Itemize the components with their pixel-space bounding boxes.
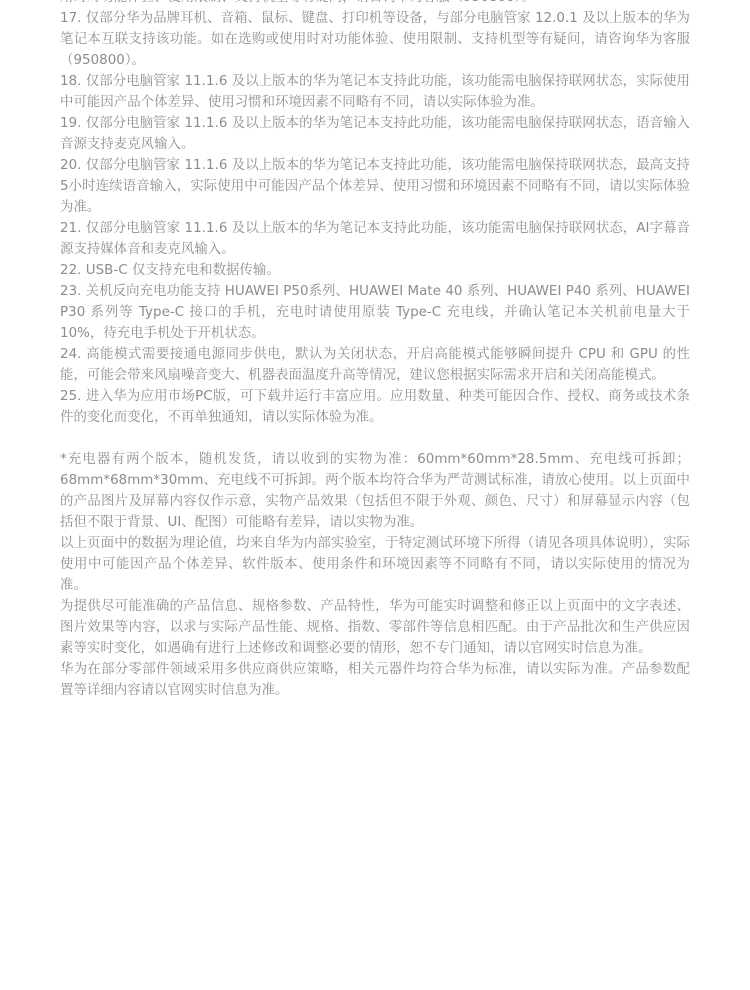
footnote-24: 24. 高能模式需要接通电源同步供电，默认为关闭状态，开启高能模式能够瞬间提升 …	[60, 344, 690, 386]
footnote-23: 23. 关机反向充电功能支持 HUAWEI P50系列、HUAWEI Mate …	[60, 281, 690, 344]
footnote-21: 21. 仅部分电脑管家 11.1.6 及以上版本的华为笔记本支持此功能，该功能需…	[60, 218, 690, 260]
footnote-partial: 用时对功能体验、使用限制、支持机型等有疑问，请咨询华为客服（950800）。	[60, 0, 690, 8]
footnote-20: 20. 仅部分电脑管家 11.1.6 及以上版本的华为笔记本支持此功能，该功能需…	[60, 155, 690, 218]
footnote-17: 17. 仅部分华为品牌耳机、音箱、鼠标、键盘、打印机等设备，与部分电脑管家 12…	[60, 8, 690, 71]
section-spacer	[60, 428, 690, 449]
disclaimer-content-adjustment: 为提供尽可能准确的产品信息、规格参数、产品特性，华为可能实时调整和修正以上页面中…	[60, 596, 690, 659]
footnote-19: 19. 仅部分电脑管家 11.1.6 及以上版本的华为笔记本支持此功能，该功能需…	[60, 113, 690, 155]
disclaimer-charger: *充电器有两个版本，随机发货，请以收到的实物为准：60mm*60mm*28.5m…	[60, 449, 690, 533]
footnote-18: 18. 仅部分电脑管家 11.1.6 及以上版本的华为笔记本支持此功能，该功能需…	[60, 71, 690, 113]
disclaimer-multi-supplier: 华为在部分零部件领域采用多供应商供应策略，相关元器件均符合华为标准，请以实际为准…	[60, 659, 690, 701]
footnote-25: 25. 进入华为应用市场PC版，可下载并运行丰富应用。应用数量、种类可能因合作、…	[60, 386, 690, 428]
disclaimer-theoretical-values: 以上页面中的数据为理论值，均来自华为内部实验室，于特定测试环境下所得（请见各项具…	[60, 533, 690, 596]
footnotes-section: 用时对功能体验、使用限制、支持机型等有疑问，请咨询华为客服（950800）。 1…	[60, 0, 690, 701]
footnote-22: 22. USB-C 仅支持充电和数据传输。	[60, 260, 690, 281]
